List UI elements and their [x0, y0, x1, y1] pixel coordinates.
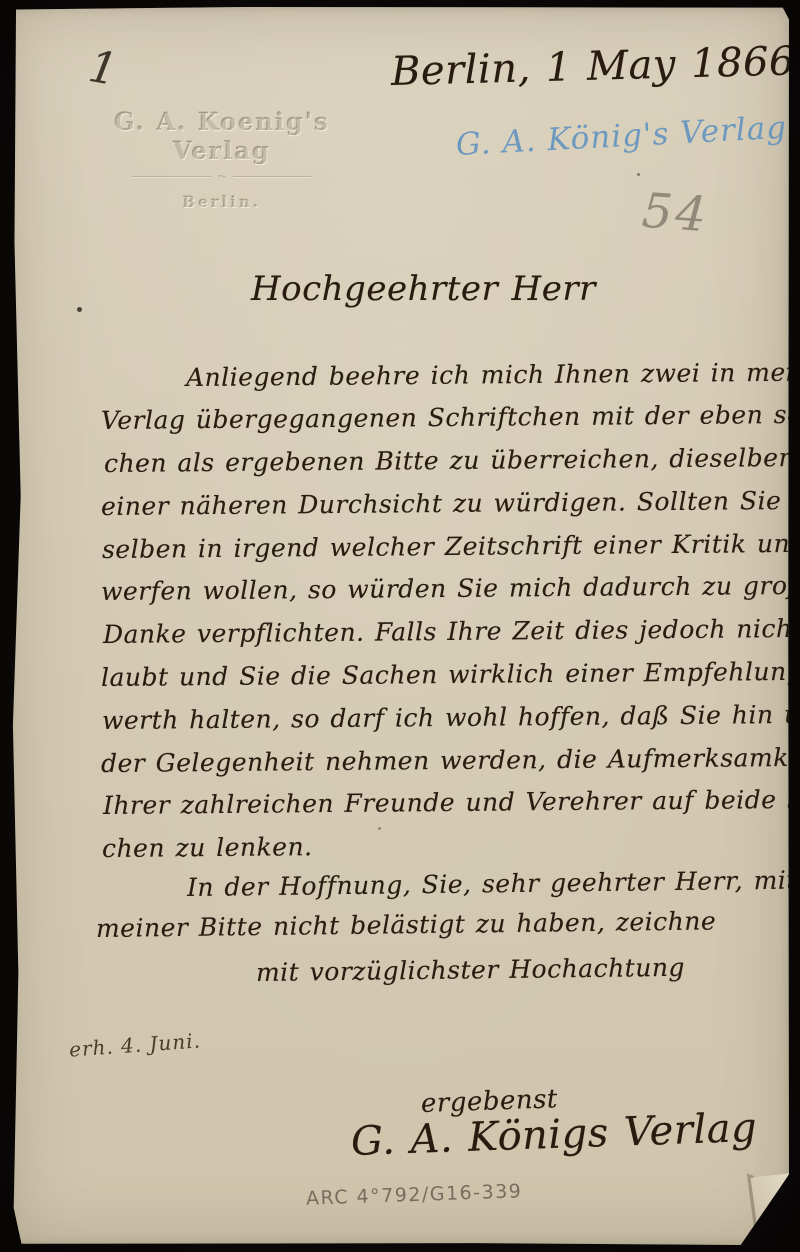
letter-dateline: Berlin, 1 May 1866. [390, 38, 800, 95]
embossed-ornament-rule: ~ [132, 173, 312, 179]
scan-background: 1 G. A. Koenig's Verlag ~ Berlin. Berlin… [0, 0, 800, 1252]
letter-body-line: Verlag übergegangenen Schriftchen mit de… [101, 399, 800, 435]
letter-body-line: chen zu lenken. [102, 832, 313, 863]
paper-speck [637, 173, 640, 176]
letter-body-line: der Gelegenheit nehmen werden, die Aufme… [101, 743, 800, 778]
embossed-letterhead-stamp: G. A. Koenig's Verlag ~ Berlin. [86, 107, 358, 211]
letter-closing-line: mit vorzüglichster Hochachtung [256, 953, 685, 987]
paper-speck [77, 307, 82, 312]
letter-salutation: Hochgeehrter Herr [251, 269, 596, 309]
corner-fold-flap [727, 1167, 789, 1245]
letter-body-line: selben in irgend welcher Zeitschrift ein… [102, 529, 800, 564]
letter-body-line: einer näheren Durchsicht zu würdigen. So… [101, 486, 800, 521]
letter-page: 1 G. A. Koenig's Verlag ~ Berlin. Berlin… [9, 7, 789, 1245]
letter-body-line: Ihrer zahlreichen Freunde und Verehrer a… [103, 784, 800, 820]
letter-closing-line: meiner Bitte nicht belästigt zu haben, z… [96, 906, 717, 943]
letter-signature: G. A. Königs Verlag [350, 1105, 758, 1165]
pencil-page-number: 1 [85, 41, 121, 96]
blue-pencil-publisher-note: G. A. König's Verlag [455, 110, 788, 163]
letter-body-line: Anliegend beehre ich mich Ihnen zwei in … [186, 357, 800, 392]
letter-body-line: werth halten, so darf ich wohl hoffen, d… [102, 699, 800, 735]
pencil-number-note: 54 [640, 183, 711, 244]
letter-closing-line: In der Hoffnung, Sie, sehr geehrter Herr… [187, 866, 797, 902]
paper-speck [378, 827, 381, 830]
letter-body-line: Danke verpflichten. Falls Ihre Zeit dies… [103, 613, 800, 649]
received-date-note: erh. 4. Juni. [68, 1028, 201, 1061]
letter-body-line: laubt und Sie die Sachen wirklich einer … [101, 657, 800, 692]
embossed-ornament: ~ [217, 173, 227, 179]
embossed-city: Berlin. [86, 193, 358, 211]
letter-body-line: werfen wollen, so würden Sie mich dadurc… [101, 571, 800, 606]
letter-body-line: chen als ergebenen Bitte zu überreichen,… [104, 443, 795, 478]
archive-shelfmark: ARC 4°792/G16-339 [306, 1180, 523, 1210]
embossed-publisher-name: G. A. Koenig's Verlag [86, 107, 358, 165]
